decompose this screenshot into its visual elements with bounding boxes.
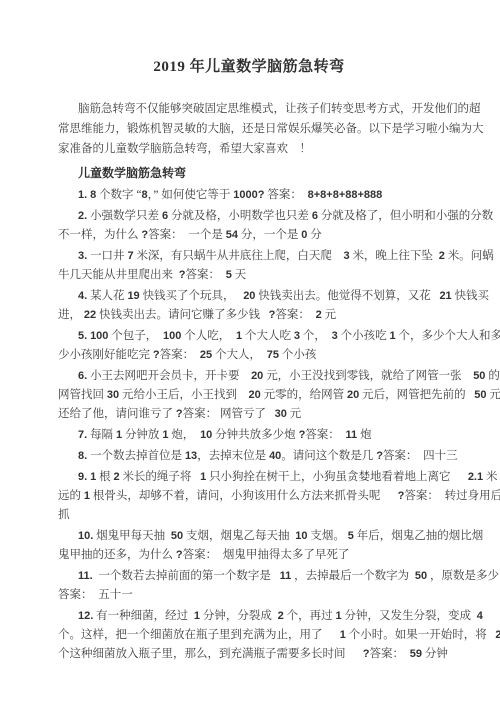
question-9-line-1: 9. 1 根 2 米长的绳子将 1 只小狗拴在树干上，小狗虽贪婪地看着地上离它 …	[58, 468, 440, 487]
question-1-line-1: 1. 8 个数字 “8，” 如何使它等于 1000? 答案： 8+8+8+88+…	[58, 186, 440, 205]
question-7-line-1: 7. 每隔 1 分钟放 1 炮， 10 分钟共放多少炮 ?答案： 11 炮	[58, 426, 440, 445]
question-5-line-2: 少小孩刚好能吃完 ?答案： 25 个大人， 75 个小孩	[58, 346, 440, 365]
document-page: 2019 年儿童数学脑筋急转弯 脑筋急转弯不仅能够突破固定思维模式，让孩子们转变…	[0, 0, 500, 708]
question-9-line-2: 远的 1 根骨头，却够不着，请问，小狗该用什么方法来抓骨头呢 ?答案： 转过身用…	[58, 487, 440, 506]
question-6-line-2: 网管找回 30 元给小王后，小王找到 20 元零的，给网管 20 元后，网管把先…	[58, 386, 440, 405]
question-12: 12. 有一种细菌，经过 1 分钟，分裂成 2 个，再过 1 分钟，又发生分裂，…	[58, 607, 440, 664]
section-heading: 儿童数学脑筋急转弯	[58, 163, 440, 183]
question-3: 3. 一口井 7 米深，有只蜗牛从井底往上爬，白天爬 3 米，晚上往下坠 2 米…	[58, 247, 440, 285]
question-11-line-1: 11. 一个数若去掉前面的第一个数字是 11 ，去掉最后一个数字为 50 ，原数…	[58, 567, 440, 586]
question-4-line-1: 4. 某人花 19 快钱买了个玩具， 20 快钱卖出去。他觉得不划算，又花 21…	[58, 287, 440, 306]
question-11-line-2: 答案： 五十一	[58, 586, 440, 605]
question-4: 4. 某人花 19 快钱买了个玩具， 20 快钱卖出去。他觉得不划算，又花 21…	[58, 287, 440, 325]
question-2: 2. 小强数学只差 6 分就及格，小明数学也只差 6 分就及格了，但小明和小强的…	[58, 207, 440, 245]
question-9-line-3: 抓	[58, 506, 440, 525]
question-4-line-2: 进， 22 快钱卖出去。请问它赚了多少钱 ?答案： 2 元	[58, 306, 440, 325]
intro-line-3: 家准备的儿童数学脑筋急转弯，希望大家喜欢 ！	[58, 139, 440, 159]
question-6-line-1: 6. 小王去网吧开会员卡，开卡要 20 元，小王没找到零钱，就给了网管一张 50…	[58, 367, 440, 386]
question-6: 6. 小王去网吧开会员卡，开卡要 20 元，小王没找到零钱，就给了网管一张 50…	[58, 367, 440, 424]
question-3-line-1: 3. 一口井 7 米深，有只蜗牛从井底往上爬，白天爬 3 米，晚上往下坠 2 米…	[58, 247, 440, 266]
question-12-line-1: 12. 有一种细菌，经过 1 分钟，分裂成 2 个，再过 1 分钟，又发生分裂，…	[58, 607, 440, 626]
question-2-line-1: 2. 小强数学只差 6 分就及格，小明数学也只差 6 分就及格了，但小明和小强的…	[58, 207, 440, 226]
intro-line-1: 脑筋急转弯不仅能够突破固定思维模式，让孩子们转变思考方式，开发他们的超	[58, 99, 440, 119]
question-8-line-1: 8. 一个数去掉首位是 13，去掉末位是 40。请问这个数是几 ?答案： 四十三	[58, 447, 440, 466]
question-11: 11. 一个数若去掉前面的第一个数字是 11 ，去掉最后一个数字为 50 ，原数…	[58, 567, 440, 605]
questions-list: 1. 8 个数字 “8，” 如何使它等于 1000? 答案： 8+8+8+88+…	[58, 186, 440, 664]
intro-paragraph: 脑筋急转弯不仅能够突破固定思维模式，让孩子们转变思考方式，开发他们的超 常思维能…	[58, 99, 440, 159]
question-7: 7. 每隔 1 分钟放 1 炮， 10 分钟共放多少炮 ?答案： 11 炮	[58, 426, 440, 445]
question-10-line-1: 10. 烟鬼甲每天抽 50 支烟，烟鬼乙每天抽 10 支烟。 5 年后，烟鬼乙抽…	[58, 527, 440, 546]
question-10-line-2: 鬼甲抽的还多，为什么 ?答案： 烟鬼甲抽得太多了早死了	[58, 546, 440, 565]
question-10: 10. 烟鬼甲每天抽 50 支烟，烟鬼乙每天抽 10 支烟。 5 年后，烟鬼乙抽…	[58, 527, 440, 565]
question-12-line-2: 个。这样，把一个细菌放在瓶子里到充满为止，用了 1 个小时。如果一开始时，将 2	[58, 626, 440, 645]
question-9: 9. 1 根 2 米长的绳子将 1 只小狗拴在树干上，小狗虽贪婪地看着地上离它 …	[58, 468, 440, 525]
question-2-line-2: 不一样，为什么 ?答案： 一个是 54 分，一个是 0 分	[58, 226, 440, 245]
intro-line-2: 常思维能力，锻炼机智灵敏的大脑，还是日常娱乐爆笑必备。以下是学习啦小编为大	[58, 119, 440, 139]
question-5: 5. 100 个包子， 100 个人吃， 1 个大人吃 3 个， 3 个小孩吃 …	[58, 327, 440, 365]
question-8: 8. 一个数去掉首位是 13，去掉末位是 40。请问这个数是几 ?答案： 四十三	[58, 447, 440, 466]
question-12-line-3: 个这种细菌放入瓶子里，那么，到充满瓶子需要多长时间 ?答案： 59 分钟	[58, 645, 440, 664]
document-title: 2019 年儿童数学脑筋急转弯	[58, 58, 440, 76]
question-5-line-1: 5. 100 个包子， 100 个人吃， 1 个大人吃 3 个， 3 个小孩吃 …	[58, 327, 440, 346]
question-3-line-2: 牛几天能从井里爬出来 ?答案： 5 天	[58, 266, 440, 285]
question-6-line-3: 还给了他，请问谁亏了 ?答案： 网管亏了 30 元	[58, 405, 440, 424]
question-1: 1. 8 个数字 “8，” 如何使它等于 1000? 答案： 8+8+8+88+…	[58, 186, 440, 205]
